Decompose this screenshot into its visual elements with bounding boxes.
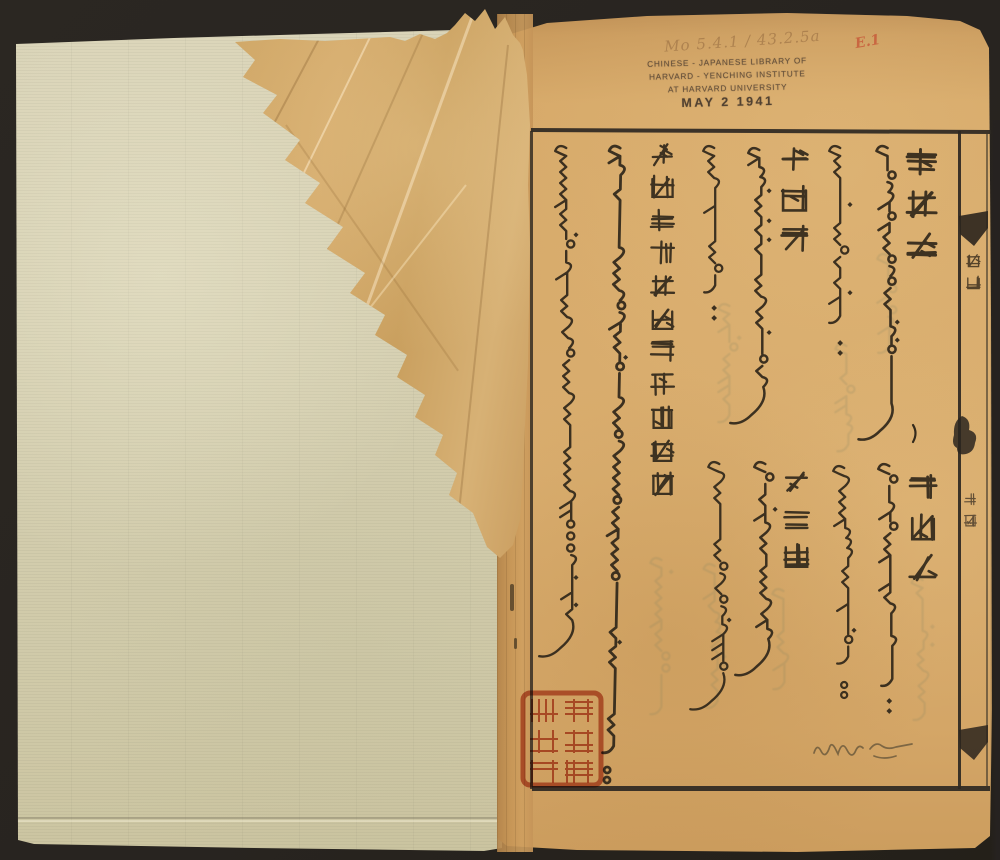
title-column — [648, 139, 677, 502]
manchu-column-phrase-4 — [868, 458, 906, 729]
paper-crease-highlight — [18, 820, 498, 822]
binding-stitch — [510, 584, 514, 611]
mongolian-column-phrase-1 — [820, 140, 856, 371]
fold-volume-mark — [965, 252, 982, 296]
chinese-phrase-1 — [903, 142, 940, 271]
tissue-crease — [457, 45, 509, 523]
ink-blot — [954, 414, 980, 470]
seal-script-glyphs — [531, 700, 592, 782]
fold-page-mark — [963, 492, 978, 534]
library-seal — [520, 690, 604, 788]
manchu-column-phrase-2 — [738, 142, 776, 458]
chinese-phrase-3 — [781, 468, 812, 576]
mongolian-column-phrase-2 — [694, 140, 730, 336]
pencil-scrawl — [810, 731, 930, 767]
page-edge-shadow — [990, 120, 1000, 860]
fishtail-mark-lower — [959, 722, 991, 764]
library-stamp: CHINESE - JAPANESE LIBRARY OF HARVARD - … — [644, 54, 810, 112]
scanned-book-spread: { "palette": { "background": "#29251f", … — [0, 0, 1000, 860]
manchu-column-phrase-1 — [864, 140, 906, 466]
bleedthrough-script — [648, 552, 672, 763]
binding-stitch — [514, 638, 517, 649]
paper-crease — [18, 817, 498, 819]
mongolian-column-phrase-3 — [698, 456, 736, 742]
mongolian-column-phrase-4 — [824, 460, 860, 711]
pause-mark — [910, 424, 920, 444]
fishtail-mark-upper — [959, 210, 991, 250]
manchu-column-phrase-3 — [744, 456, 782, 702]
chinese-phrase-4 — [906, 470, 940, 590]
mongolian-preface-column — [546, 140, 582, 686]
chinese-phrase-2 — [778, 142, 811, 262]
